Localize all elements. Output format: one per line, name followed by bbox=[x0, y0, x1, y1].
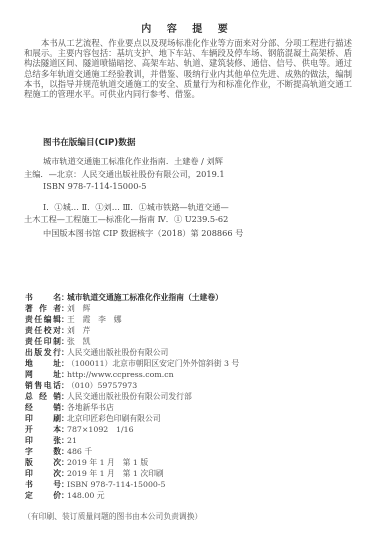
copyright-row: 字数：486 千 bbox=[25, 446, 355, 457]
copyright-value: 21 bbox=[65, 435, 77, 446]
copyright-label: 印张 bbox=[25, 435, 61, 446]
copyright-row: 版次：2019 年 1 月 第 1 版 bbox=[25, 457, 355, 468]
cip-record-line: 城市轨道交通施工标准化作业指南．土建卷 / 刘辉 bbox=[24, 155, 324, 168]
copyright-value: 人民交通出版社股份有限公司发行部 bbox=[65, 391, 192, 402]
copyright-value: 刘 辉 bbox=[65, 303, 90, 314]
copyright-label: 印次 bbox=[25, 468, 61, 479]
copyright-page: 内 容 提 要 本书从工艺流程、作业要点以及现场标准化作业等方面来对分部、分项工… bbox=[0, 0, 375, 538]
copyright-value: 787×1092 1/16 bbox=[65, 424, 134, 435]
copyright-table: 书名：城市轨道交通施工标准化作业指南（土建卷）著作者：刘 辉责任编辑：王 霞 李… bbox=[25, 292, 355, 501]
cip-class-line: Ⅰ．①城… Ⅱ．①刘… Ⅲ．①城市铁路—轨道交通— bbox=[24, 201, 324, 213]
copyright-value: 王 霞 李 娜 bbox=[65, 314, 122, 325]
copyright-label: 印刷 bbox=[25, 413, 61, 424]
copyright-label: 书名 bbox=[25, 292, 61, 303]
cip-class-line: 土木工程—工程施工—标准化—指南 Ⅳ．① U239.5-62 bbox=[24, 213, 324, 225]
copyright-value: 2019 年 1 月 第 1 版 bbox=[65, 457, 148, 468]
cip-record: 城市轨道交通施工标准化作业指南．土建卷 / 刘辉 主编．—北京：人民交通出版社股… bbox=[24, 155, 324, 193]
cip-record-line: 主编．—北京：人民交通出版社股份有限公司，2019.1 bbox=[24, 168, 324, 181]
copyright-value: 城市轨道交通施工标准化作业指南（土建卷） bbox=[65, 292, 223, 303]
copyright-value: 486 千 bbox=[65, 446, 92, 457]
copyright-row: 书名：城市轨道交通施工标准化作业指南（土建卷） bbox=[25, 292, 355, 303]
cip-title: 图书在版编目(CIP)数据 bbox=[43, 136, 135, 148]
copyright-label: 出版发行 bbox=[25, 347, 61, 358]
summary-body: 本书从工艺流程、作业要点以及现场标准化作业等方面来对分部、分项工程进行描述和展示… bbox=[24, 38, 352, 99]
copyright-value: 各地新华书店 bbox=[65, 402, 114, 413]
copyright-label: 书号 bbox=[25, 479, 61, 490]
copyright-value: （010）59757973 bbox=[65, 380, 137, 391]
copyright-row: 经销：各地新华书店 bbox=[25, 402, 355, 413]
copyright-value: 刘 芹 bbox=[65, 325, 90, 336]
copyright-row: 地址：（100011）北京市朝阳区安定门外外馆斜街 3 号 bbox=[25, 358, 355, 369]
summary-title: 内 容 提 要 bbox=[0, 20, 375, 35]
copyright-row: 印张：21 bbox=[25, 435, 355, 446]
copyright-row: 网址：http://www.ccpress.com.cn bbox=[25, 369, 355, 380]
copyright-value: 张 凯 bbox=[65, 336, 90, 347]
copyright-row: 出版发行：人民交通出版社股份有限公司 bbox=[25, 347, 355, 358]
copyright-row: 书号：ISBN 978-7-114-15000-5 bbox=[25, 479, 355, 490]
copyright-row: 责任编辑：王 霞 李 娜 bbox=[25, 314, 355, 325]
footnote: （有印刷、装订质量问题的图书由本公司负责调换） bbox=[23, 511, 202, 522]
cip-classification: Ⅰ．①城… Ⅱ．①刘… Ⅲ．①城市铁路—轨道交通— 土木工程—工程施工—标准化—… bbox=[24, 201, 324, 225]
copyright-value: （100011）北京市朝阳区安定门外外馆斜街 3 号 bbox=[65, 358, 239, 369]
copyright-row: 定价：148.00 元 bbox=[25, 490, 355, 501]
copyright-row: 总经销：人民交通出版社股份有限公司发行部 bbox=[25, 391, 355, 402]
copyright-row: 责任印制：张 凯 bbox=[25, 336, 355, 347]
copyright-label: 著作者 bbox=[25, 303, 61, 314]
copyright-label: 版次 bbox=[25, 457, 61, 468]
copyright-label: 定价 bbox=[25, 490, 61, 501]
copyright-label: 网址 bbox=[25, 369, 61, 380]
copyright-row: 印刷：北京印匠彩色印刷有限公司 bbox=[25, 413, 355, 424]
copyright-label: 地址 bbox=[25, 358, 61, 369]
copyright-value: 2019 年 1 月 第 1 次印刷 bbox=[65, 468, 164, 479]
cip-check-number: 中国版本图书馆 CIP 数据核字（2018）第 208866 号 bbox=[43, 228, 243, 239]
copyright-label: 销售电话 bbox=[25, 380, 61, 391]
copyright-value: ISBN 978-7-114-15000-5 bbox=[65, 479, 165, 490]
copyright-value: 北京印匠彩色印刷有限公司 bbox=[65, 413, 161, 424]
copyright-value: 人民交通出版社股份有限公司 bbox=[65, 347, 168, 358]
cip-isbn-line: ISBN 978-7-114-15000-5 bbox=[24, 180, 324, 193]
copyright-value: http://www.ccpress.com.cn bbox=[65, 369, 174, 380]
copyright-row: 销售电话：（010）59757973 bbox=[25, 380, 355, 391]
copyright-label: 责任编辑 bbox=[25, 314, 61, 325]
copyright-label: 总经销 bbox=[25, 391, 61, 402]
copyright-label: 经销 bbox=[25, 402, 61, 413]
copyright-label: 责任校对 bbox=[25, 325, 61, 336]
copyright-label: 责任印制 bbox=[25, 336, 61, 347]
copyright-value: 148.00 元 bbox=[65, 490, 105, 501]
copyright-row: 印次：2019 年 1 月 第 1 次印刷 bbox=[25, 468, 355, 479]
copyright-label: 字数 bbox=[25, 446, 61, 457]
copyright-label: 开本 bbox=[25, 424, 61, 435]
copyright-row: 著作者：刘 辉 bbox=[25, 303, 355, 314]
copyright-row: 责任校对：刘 芹 bbox=[25, 325, 355, 336]
copyright-row: 开本：787×1092 1/16 bbox=[25, 424, 355, 435]
